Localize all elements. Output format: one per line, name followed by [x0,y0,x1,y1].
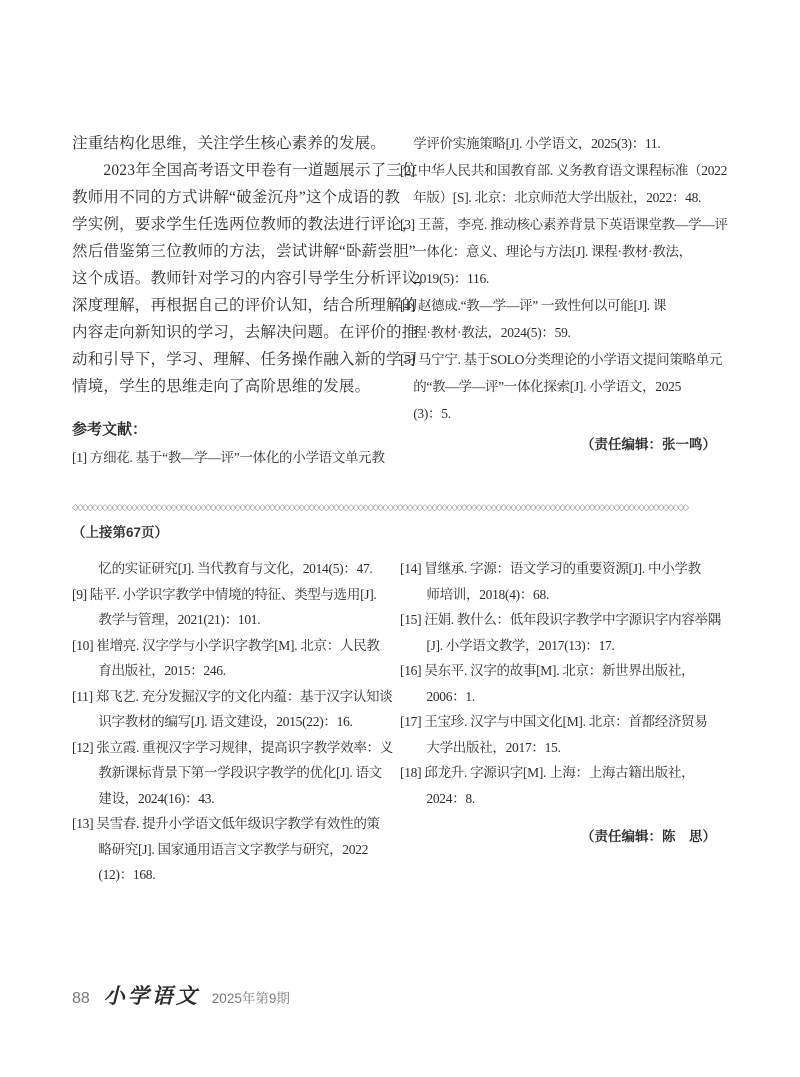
reference-line: [17] 王宝珍. 汉字与中国文化[M]. 北京：首都经济贸易 [400,709,736,735]
article-left-column: 注重结构化思维，关注学生核心素养的发展。 2023年全国高考语文甲卷有一道题展示… [72,130,394,471]
reference-line: [14] 冒继承. 字源：语文学习的重要资源[J]. 中小学教 [400,556,736,582]
reference-line: [16] 吴东平. 汉字的故事[M]. 北京：新世界出版社， [400,658,736,684]
reference-line: 程·教材·教法，2024(5)：59. [400,319,736,346]
references-heading: 参考文献： [72,418,394,442]
reference-line: 教新课标背景下第一学段识字教学的优化[J]. 语文 [72,760,394,786]
reference-line: 教学与管理，2021(21)：101. [72,607,394,633]
reference-line: 年版）[S]. 北京：北京师范大学出版社，2022：48. [400,184,736,211]
reference-line: [12] 张立霞. 重视汉字学习规律，提高识字教学效率：义 [72,735,394,761]
journal-page: 注重结构化思维，关注学生核心素养的发展。 2023年全国高考语文甲卷有一道题展示… [0,0,800,1077]
reference-line: (12)：168. [72,862,394,888]
body-text-line: 深度理解，再根据自己的评价认知，结合所理解的 [72,292,394,319]
reference-line: 师培训，2018(4)：68. [400,582,736,608]
reference-line: [18] 邱龙升. 字源识字[M]. 上海：上海古籍出版社， [400,760,736,786]
body-paragraphs: 注重结构化思维，关注学生核心素养的发展。 2023年全国高考语文甲卷有一道题展示… [72,130,394,400]
reference-line: (3)：5. [400,400,736,427]
reference-line: 一体化：意义、理论与方法[J]. 课程·教材·教法， [400,238,736,265]
body-text-line: 教师用不同的方式讲解“破釜沉舟”这个成语的教 [72,184,394,211]
reference-line: 育出版社，2015：246. [72,658,394,684]
references-list-left: 忆的实证研究[J]. 当代教育与文化，2014(5)：47.[9] 陆平. 小学… [72,556,394,888]
body-text-line: 2023年全国高考语文甲卷有一道题展示了三位 [72,157,394,184]
reference-line: 学评价实施策略[J]. 小学语文，2025(3)：11. [400,130,736,157]
reference-line: [5] 马宁宁. 基于SOLO分类理论的小学语文提问策略单元 [400,346,736,373]
reference-line: [13] 吴雪春. 提升小学语文低年级识字教学有效性的策 [72,811,394,837]
body-text-line: 然后借鉴第三位教师的方法，尝试讲解“卧薪尝胆” [72,238,394,265]
issue-label: 2025年第9期 [212,987,290,1007]
editor-credit: （责任编辑：张一鸣） [400,435,736,455]
page-footer: 88 小学语文 2025年第9期 [72,980,290,1010]
reference-line: [J]. 小学语文教学，2017(13)：17. [400,633,736,659]
body-text-line: 学实例，要求学生任选两位教师的教法进行评论， [72,211,394,238]
reference-line: 2006：1. [400,684,736,710]
continued-references-section: 忆的实证研究[J]. 当代教育与文化，2014(5)：47.[9] 陆平. 小学… [72,556,736,888]
references-list-right: [14] 冒继承. 字源：语文学习的重要资源[J]. 中小学教 师培训，2018… [400,556,736,811]
body-text-line: 注重结构化思维，关注学生核心素养的发展。 [72,130,394,157]
reference-line: 略研究[J]. 国家通用语言文字教学与研究，2022 [72,837,394,863]
continued-right-column: [14] 冒继承. 字源：语文学习的重要资源[J]. 中小学教 师培训，2018… [400,556,736,888]
reference-line: 建设，2024(16)：43. [72,786,394,812]
references-list-left: [1] 方细花. 基于“教—学—评”一体化的小学语文单元教 [72,444,394,471]
article-end-section: 注重结构化思维，关注学生核心素养的发展。 2023年全国高考语文甲卷有一道题展示… [72,130,736,471]
section-divider: ◇◇◇◇◇◇◇◇◇◇◇◇◇◇◇◇◇◇◇◇◇◇◇◇◇◇◇◇◇◇◇◇◇◇◇◇◇◇◇◇… [72,501,736,515]
reference-line: [3] 王蔷，李亮. 推动核心素养背景下英语课堂教—学—评 [400,211,736,238]
body-text-line: 内容走向新知识的学习，去解决问题。在评价的推 [72,319,394,346]
reference-line: [15] 汪娟. 教什么：低年段识字教学中字源识字内容举隅 [400,607,736,633]
reference-line: 的“教—学—评”一体化探索[J]. 小学语文，2025 [400,373,736,400]
reference-line: [2] 中华人民共和国教育部. 义务教育语文课程标准（2022 [400,157,736,184]
reference-line: 大学出版社，2017：15. [400,735,736,761]
reference-line: 2019(5)：116. [400,265,736,292]
body-text-line: 情境，学生的思维走向了高阶思维的发展。 [72,373,394,400]
reference-line: [11] 郑飞艺. 充分发掘汉字的文化内蕴：基于汉字认知谈 [72,684,394,710]
editor-credit: （责任编辑：陈 思） [400,827,736,847]
reference-line: 忆的实证研究[J]. 当代教育与文化，2014(5)：47. [72,556,394,582]
reference-line: [10] 崔增亮. 汉字学与小学识字教学[M]. 北京：人民教 [72,633,394,659]
body-text-line: 这个成语。教师针对学习的内容引导学生分析评议， [72,265,394,292]
journal-logo: 小学语文 [104,980,200,1010]
article-right-column: 学评价实施策略[J]. 小学语文，2025(3)：11.[2] 中华人民共和国教… [400,130,736,471]
reference-line: 识字教材的编写[J]. 语文建设，2015(22)：16. [72,709,394,735]
reference-line: 2024：8. [400,786,736,812]
reference-line: [9] 陆平. 小学识字教学中情境的特征、类型与选用[J]. [72,582,394,608]
reference-line: [1] 方细花. 基于“教—学—评”一体化的小学语文单元教 [72,444,394,471]
continued-from-note: （上接第67页） [72,523,168,543]
continued-left-column: 忆的实证研究[J]. 当代教育与文化，2014(5)：47.[9] 陆平. 小学… [72,556,394,888]
page-number: 88 [72,990,90,1008]
body-text-line: 动和引导下，学习、理解、任务操作融入新的学习 [72,346,394,373]
references-list-right: 学评价实施策略[J]. 小学语文，2025(3)：11.[2] 中华人民共和国教… [400,130,736,427]
reference-line: [4] 赵德成.“教—学—评” 一致性何以可能[J]. 课 [400,292,736,319]
